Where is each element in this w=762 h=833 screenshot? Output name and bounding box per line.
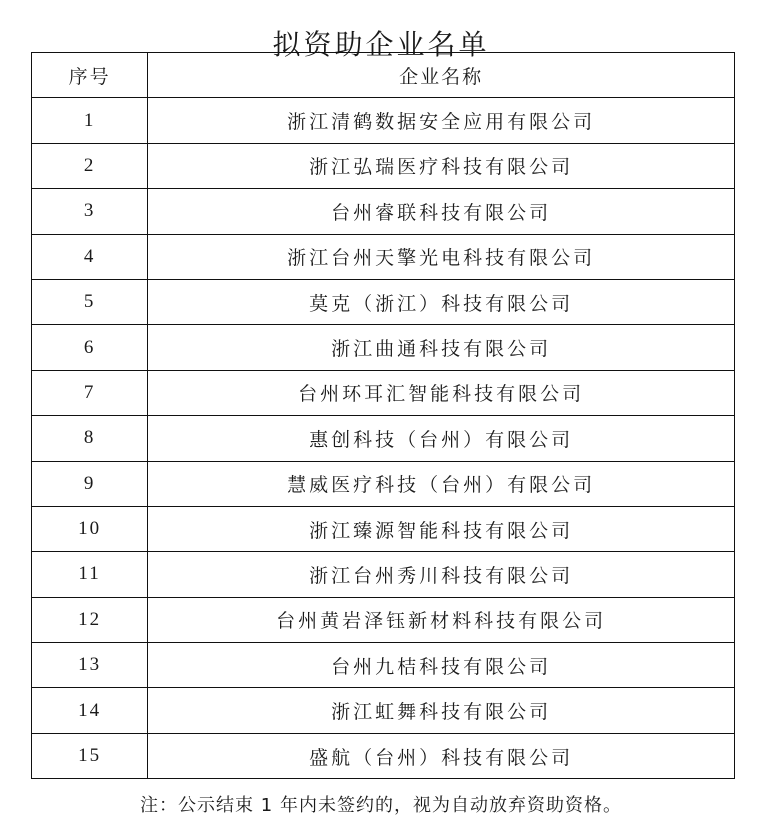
- company-name: 浙江清鹤数据安全应用有限公司: [148, 98, 735, 143]
- table-header-row: 序号 企业名称: [32, 53, 735, 98]
- row-number: 15: [32, 733, 148, 778]
- row-number: 4: [32, 234, 148, 279]
- row-number: 7: [32, 370, 148, 415]
- row-number: 11: [32, 552, 148, 597]
- company-name: 台州环耳汇智能科技有限公司: [148, 370, 735, 415]
- table-row: 15盛航（台州）科技有限公司: [32, 733, 735, 778]
- table-row: 6浙江曲通科技有限公司: [32, 325, 735, 370]
- company-name: 浙江虹舞科技有限公司: [148, 688, 735, 733]
- row-number: 1: [32, 98, 148, 143]
- company-name: 台州睿联科技有限公司: [148, 189, 735, 234]
- row-number: 8: [32, 416, 148, 461]
- company-list-table: 序号 企业名称 1浙江清鹤数据安全应用有限公司 2浙江弘瑞医疗科技有限公司 3台…: [31, 52, 735, 779]
- row-number: 2: [32, 143, 148, 188]
- company-name: 莫克（浙江）科技有限公司: [148, 279, 735, 324]
- company-name: 浙江臻源智能科技有限公司: [148, 506, 735, 551]
- table-row: 12台州黄岩泽钰新材料科技有限公司: [32, 597, 735, 642]
- row-number: 9: [32, 461, 148, 506]
- table-row: 2浙江弘瑞医疗科技有限公司: [32, 143, 735, 188]
- column-header-no: 序号: [32, 53, 148, 98]
- company-name: 浙江弘瑞医疗科技有限公司: [148, 143, 735, 188]
- footnote: 注：公示结束 1 年内未签约的，视为自动放弃资助资格。: [0, 790, 762, 822]
- company-name: 浙江曲通科技有限公司: [148, 325, 735, 370]
- table-row: 7台州环耳汇智能科技有限公司: [32, 370, 735, 415]
- table-row: 5莫克（浙江）科技有限公司: [32, 279, 735, 324]
- table-row: 11浙江台州秀川科技有限公司: [32, 552, 735, 597]
- row-number: 10: [32, 506, 148, 551]
- company-name: 浙江台州秀川科技有限公司: [148, 552, 735, 597]
- column-header-name: 企业名称: [148, 53, 735, 98]
- row-number: 13: [32, 643, 148, 688]
- company-name: 慧威医疗科技（台州）有限公司: [148, 461, 735, 506]
- table-body: 1浙江清鹤数据安全应用有限公司 2浙江弘瑞医疗科技有限公司 3台州睿联科技有限公…: [32, 98, 735, 779]
- table-row: 1浙江清鹤数据安全应用有限公司: [32, 98, 735, 143]
- table-row: 4浙江台州天擎光电科技有限公司: [32, 234, 735, 279]
- table-row: 13台州九桔科技有限公司: [32, 643, 735, 688]
- row-number: 6: [32, 325, 148, 370]
- table-row: 3台州睿联科技有限公司: [32, 189, 735, 234]
- company-name: 浙江台州天擎光电科技有限公司: [148, 234, 735, 279]
- table-row: 8惠创科技（台州）有限公司: [32, 416, 735, 461]
- company-name: 台州黄岩泽钰新材料科技有限公司: [148, 597, 735, 642]
- company-name: 盛航（台州）科技有限公司: [148, 733, 735, 778]
- row-number: 12: [32, 597, 148, 642]
- row-number: 14: [32, 688, 148, 733]
- company-name: 台州九桔科技有限公司: [148, 643, 735, 688]
- company-name: 惠创科技（台州）有限公司: [148, 416, 735, 461]
- table-row: 10浙江臻源智能科技有限公司: [32, 506, 735, 551]
- row-number: 5: [32, 279, 148, 324]
- table-row: 9慧威医疗科技（台州）有限公司: [32, 461, 735, 506]
- row-number: 3: [32, 189, 148, 234]
- table-row: 14浙江虹舞科技有限公司: [32, 688, 735, 733]
